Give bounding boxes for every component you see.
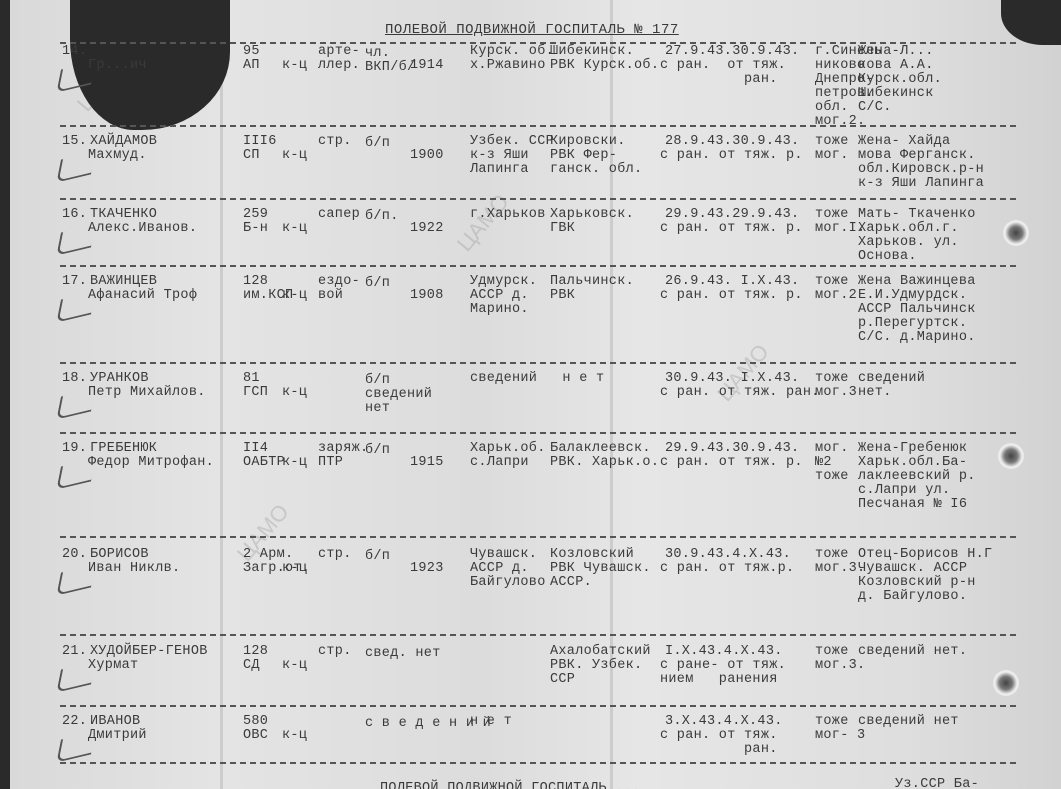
cell-surname: ВАЖИНЦЕВ	[90, 275, 157, 289]
cell-dates: 29.9.43.29.9.43.	[665, 208, 799, 222]
cell-cause: с ран. от тяж. р.	[660, 289, 803, 303]
row-divider	[60, 634, 1016, 636]
cell-birthplace: Чувашск. АССР д. Байгулово	[470, 548, 546, 590]
cell-position: стр.	[318, 135, 352, 149]
cell-cause: с ран. от тяж. р.	[660, 149, 803, 163]
cell-rvk: Козловский РВК Чувашск. АССР.	[550, 548, 651, 590]
cell-relatives: Жена Важинцева Е.И.Удмурдск. АССР Пальчи…	[858, 275, 976, 345]
cell-position: сапер	[318, 208, 360, 222]
cell-rvk: Шибекинск. РВК Курск.об.	[550, 45, 659, 73]
cell-name: Алекс.Иванов.	[88, 222, 197, 236]
cell-unit1: 95	[243, 45, 260, 59]
cell-rvk: Ахалобатский РВК. Узбек. ССР	[550, 645, 651, 687]
punch-hole	[1003, 220, 1029, 246]
cell-party: б/п	[365, 277, 390, 291]
cell-no: 21.	[62, 645, 87, 659]
cell-name: Петр Михайлов.	[88, 386, 206, 400]
row-divider	[60, 762, 1016, 764]
cell-dates: 3.X.43.4.X.43.	[665, 715, 783, 729]
cell-no: 22.	[62, 715, 87, 729]
cell-rvk: Пальчинск. РВК	[550, 275, 634, 303]
cell-rank: к-ц	[282, 149, 307, 163]
cell-cause: с ран. от тяж. ран.	[660, 729, 778, 757]
cell-name: Гр...ич	[88, 59, 147, 73]
cell-rvk: Кировски. РВК Фер- ганск. обл.	[550, 135, 642, 177]
cell-rank: к-ц	[282, 59, 307, 73]
row-divider	[60, 432, 1016, 434]
cell-name: Махмуд.	[88, 149, 147, 163]
cell-cause: с ран. от тяж.р.	[660, 562, 794, 576]
footer-fragment-right: Уз.ССР Ба-	[895, 778, 979, 789]
cell-rvk: Балаклеевск. РВК. Харьк.о.	[550, 442, 659, 470]
paper-crease	[220, 0, 223, 789]
cell-unit2: СД	[243, 659, 260, 673]
cell-unit2: ГСП	[243, 386, 268, 400]
cell-surname: УРАНКОВ	[90, 372, 149, 386]
cell-rank: к-ц	[282, 659, 307, 673]
cell-party: свед. нет	[365, 647, 441, 661]
cell-cause: с ран. от тяж. ран.	[660, 386, 820, 400]
cell-unit1: II4	[243, 442, 268, 456]
cell-rank: к-ц	[282, 729, 307, 743]
cell-no: 18.	[62, 372, 87, 386]
cell-birth-year: 1914	[410, 59, 444, 73]
cell-party: б/п	[365, 444, 390, 458]
cell-surname: ХАЙДАМОВ	[90, 135, 157, 149]
cell-dates: 30.9.43.4.X.43.	[665, 548, 791, 562]
cell-unit2: СП	[243, 149, 260, 163]
cell-birthplace: Удмурск. АССР д. Марино.	[470, 275, 537, 317]
cell-burial: тоже мог.2	[815, 275, 857, 303]
cell-surname: ГРЕБЕНЮК	[90, 442, 157, 456]
cell-party: чл. ВКП/б/	[365, 47, 415, 75]
cell-birthplace: Узбек. ССР к-з Яши Лапинга	[470, 135, 554, 177]
row-divider	[60, 198, 1016, 200]
cell-cause: с ран. от тяж. ран.	[660, 59, 786, 87]
cell-rank: к-ц	[282, 386, 307, 400]
cell-position: стр.	[318, 645, 352, 659]
cell-relatives: Жена-Гребенюк Харьк.обл.Ба- лаклеевский …	[858, 442, 976, 512]
cell-position: стр.	[318, 548, 352, 562]
cell-unit2: АП	[243, 59, 260, 73]
footer-fragment-left: ПОЛЕВОЙ ПОДВИЖНОЙ ГОСПИТАЛЬ ...	[380, 782, 640, 789]
cell-unit1: 128	[243, 275, 268, 289]
cell-dates: 28.9.43.30.9.43.	[665, 135, 799, 149]
cell-no: 19.	[62, 442, 87, 456]
cell-burial: тоже мог.	[815, 135, 849, 163]
cell-cause: с ране- от тяж. нием ранения	[660, 659, 786, 687]
cell-birth-year: 1922	[410, 222, 444, 236]
cell-birth-year: 1900	[410, 149, 444, 163]
cell-birth-year: 1908	[410, 289, 444, 303]
cell-no: 14.	[62, 45, 87, 59]
cell-birthplace: сведений н е т	[470, 372, 604, 386]
cell-relatives: сведений нет.	[858, 645, 967, 659]
cell-no: 17.	[62, 275, 87, 289]
cell-birthplace: н е т	[470, 715, 512, 729]
cell-dates: I.X.43.4.X.43.	[665, 645, 783, 659]
cell-relatives: Жена-Л... кова А.А. Курск.обл. Шибекинск…	[858, 45, 942, 115]
cell-name: Федор Митрофан.	[88, 456, 214, 470]
cell-surname: ХУДОЙБЕР-ГЕНОВ	[90, 645, 208, 659]
cell-unit2: ОАБТР	[243, 456, 285, 470]
row-divider	[60, 705, 1016, 707]
cell-unit2: ОВС	[243, 729, 268, 743]
cell-no: 20.	[62, 548, 87, 562]
cell-birthplace: Харьк.об. с.Лапри	[470, 442, 546, 470]
cell-birth-year: 1915	[410, 456, 444, 470]
cell-unit1: 259	[243, 208, 268, 222]
cell-party: б/п сведений нет	[365, 374, 432, 416]
cell-no: 15.	[62, 135, 87, 149]
cell-party: б/п	[365, 137, 390, 151]
cell-birthplace: г.Харьков	[470, 208, 546, 222]
cell-unit2: Б-н	[243, 222, 268, 236]
cell-dates: 26.9.43. I.X.43.	[665, 275, 799, 289]
document-title: ПОЛЕВОЙ ПОДВИЖНОЙ ГОСПИТАЛЬ № 177	[385, 22, 679, 38]
cell-relatives: Отец-Борисов Н.Г Чувашск. АССР Козловски…	[858, 548, 992, 604]
cell-dates: 27.9.43.30.9.43.	[665, 45, 799, 59]
cell-dates: 29.9.43.30.9.43.	[665, 442, 799, 456]
cell-no: 16.	[62, 208, 87, 222]
cell-relatives: Мать- Ткаченко Харьк.обл.г. Харьков. ул.…	[858, 208, 976, 264]
cell-rank: к-ц	[282, 289, 307, 303]
cell-birth-year: 1923	[410, 562, 444, 576]
cell-relatives: Жена- Хайда мова Ферганск. обл.Кировск.р…	[858, 135, 984, 191]
punch-hole	[993, 670, 1019, 696]
cell-surname: ИВАНОВ	[90, 715, 140, 729]
cell-burial: мог. №2 тоже	[815, 442, 849, 484]
cell-name: Дмитрий	[88, 729, 147, 743]
cell-surname: БОРИСОВ	[90, 548, 149, 562]
cell-unit1: 580	[243, 715, 268, 729]
cell-unit1: 128	[243, 645, 268, 659]
cell-party: б/п.	[365, 210, 399, 224]
cell-unit1: 2 Арм.	[243, 548, 293, 562]
cell-dates: 30.9.43. I.X.43.	[665, 372, 799, 386]
cell-rank: к-ц	[282, 222, 307, 236]
cell-party: б/п	[365, 550, 390, 564]
cell-name: Афанасий Троф	[88, 289, 197, 303]
cell-position: арте- ллер.	[318, 45, 360, 73]
cell-position: ездо- вой	[318, 275, 360, 303]
cell-name: Иван Никлв.	[88, 562, 180, 576]
cell-cause: с ран. от тяж. р.	[660, 456, 803, 470]
cell-cause: с ран. от тяж. р.	[660, 222, 803, 236]
cell-unit1: III6	[243, 135, 277, 149]
row-divider	[60, 265, 1016, 267]
cell-rank: к-ц	[282, 562, 307, 576]
cell-relatives: сведений нет.	[858, 372, 925, 400]
cell-relatives: сведений нет	[858, 715, 959, 729]
row-divider	[60, 362, 1016, 364]
cell-unit1: 81	[243, 372, 260, 386]
cell-birthplace: Курск. об. х.Ржавино	[470, 45, 554, 73]
cell-position: заряж. ПТР	[318, 442, 368, 470]
cell-burial: тоже мог.3	[815, 372, 857, 400]
punch-hole	[998, 443, 1024, 469]
row-divider	[60, 536, 1016, 538]
cell-rank: к-ц	[282, 456, 307, 470]
cell-rvk: Харьковск. ГВК	[550, 208, 634, 236]
cell-surname: ТКАЧЕНКО	[90, 208, 157, 222]
